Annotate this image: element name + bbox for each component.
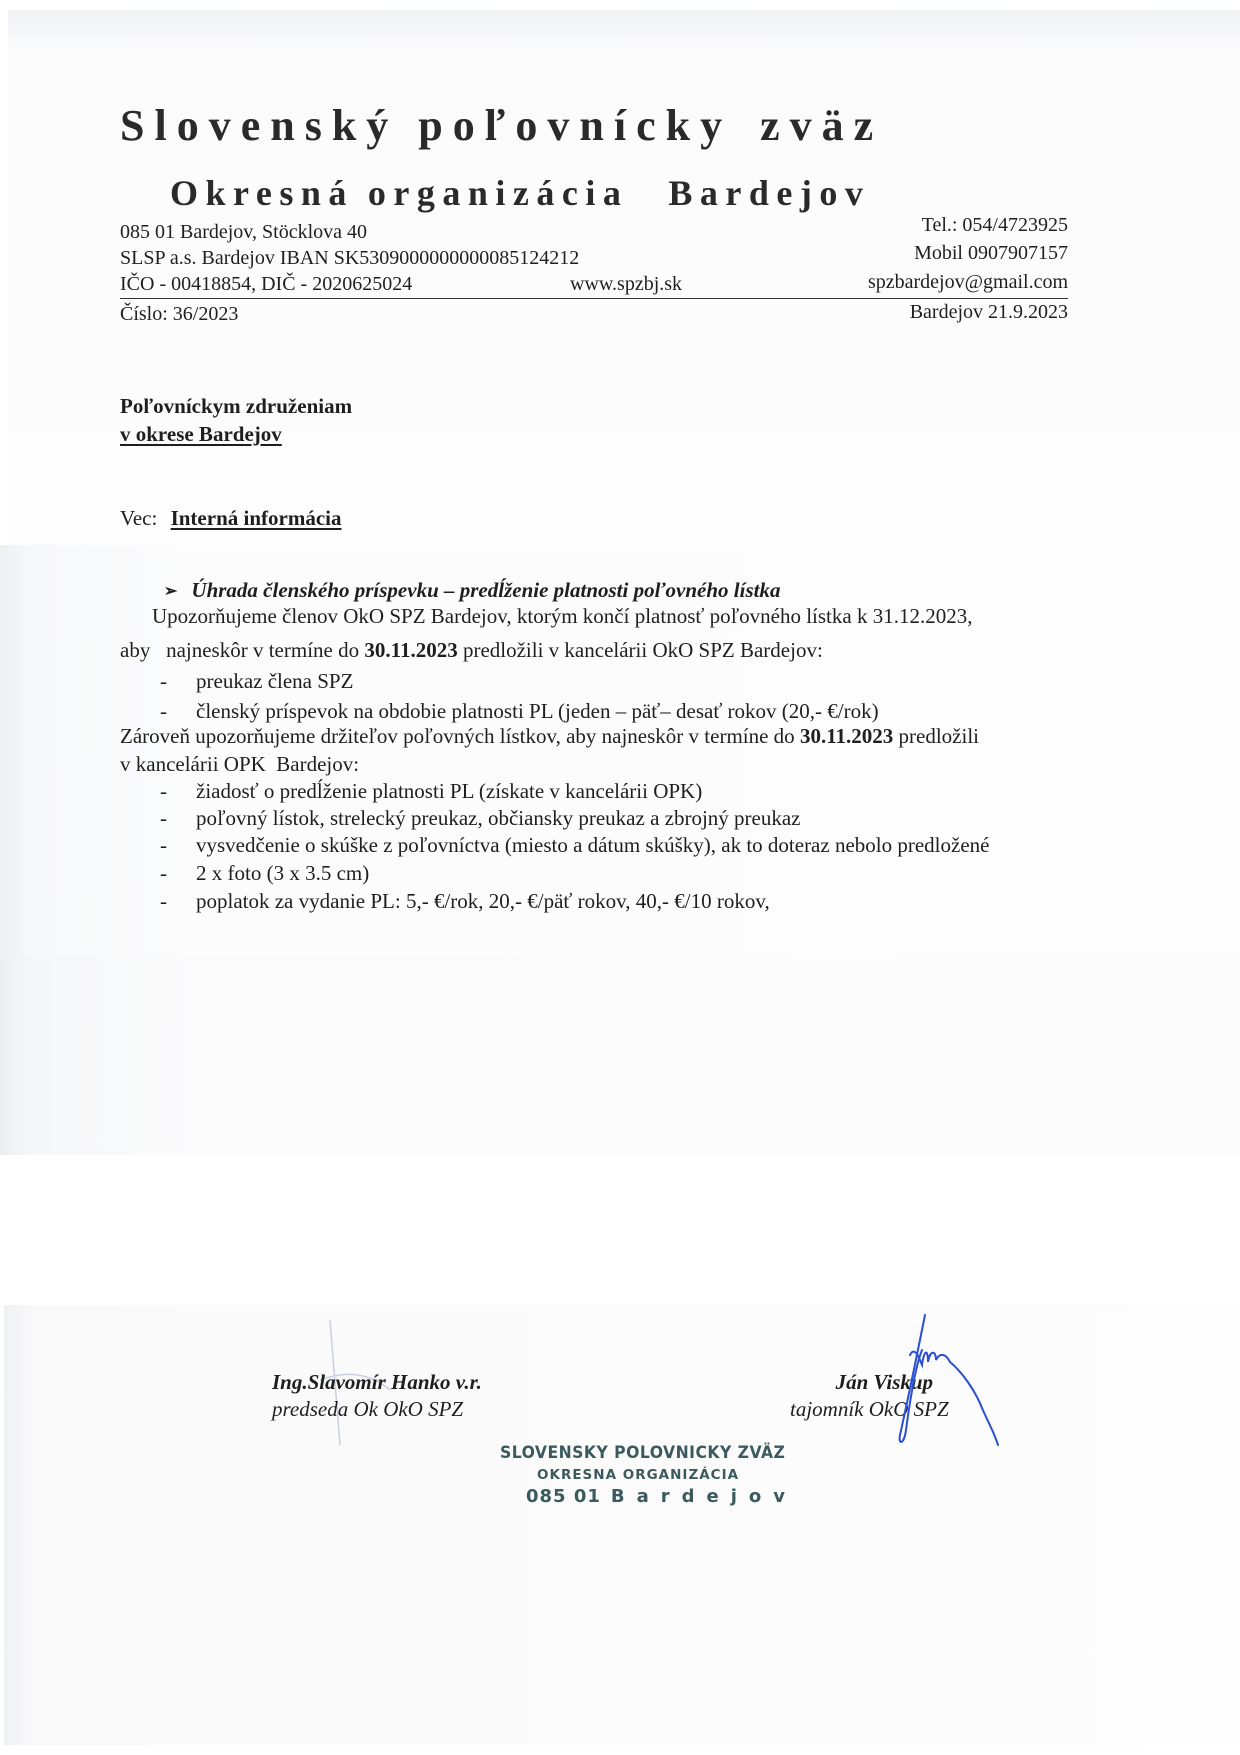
recipient-line-2: v okrese Bardejov bbox=[120, 422, 282, 447]
stamp-city: Bardejov bbox=[611, 1486, 797, 1507]
stamp-line-1: SLOVENSKY POLOVNICKY ZVÄZ bbox=[500, 1443, 776, 1463]
handwritten-signature-icon bbox=[870, 1310, 1020, 1460]
list-item: -členský príspevok na obdobie platnosti … bbox=[160, 699, 879, 724]
dash-bullet: - bbox=[160, 779, 196, 804]
reference-number: Číslo: 36/2023 bbox=[120, 303, 238, 326]
list-item: -2 x foto (3 x 3.5 cm) bbox=[160, 861, 369, 886]
paragraph-1-line-2: aby najneskôr v termíne do 30.11.2023 pr… bbox=[120, 638, 823, 663]
subtitle-word: Bardejov bbox=[668, 173, 870, 213]
dash-bullet: - bbox=[160, 889, 196, 914]
list-item-text: preukaz člena SPZ bbox=[196, 669, 353, 693]
scan-strip-signatures bbox=[4, 1305, 1240, 1745]
list-item: -preukaz člena SPZ bbox=[160, 669, 353, 694]
dash-bullet: - bbox=[160, 699, 196, 724]
paragraph-2-line-1: Zároveň upozorňujeme držiteľov poľovných… bbox=[120, 724, 979, 749]
list-item: -žiadosť o predĺženie platnosti PL (získ… bbox=[160, 779, 702, 804]
subtitle-word: organizácia bbox=[368, 173, 628, 213]
stamp-zip: 085 01 bbox=[526, 1486, 601, 1507]
dash-bullet: - bbox=[160, 669, 196, 694]
header-divider bbox=[120, 298, 1068, 299]
email-link[interactable]: spzbardejov@gmail.com bbox=[868, 271, 1068, 294]
recipient-line-1: Poľovníckym združeniam bbox=[120, 394, 352, 419]
subtitle-word: Okresná bbox=[170, 173, 354, 213]
organization-title: Slovenskýpoľovníckyzväz bbox=[120, 100, 883, 151]
stamp-line-3: 085 01Bardejov bbox=[526, 1486, 826, 1507]
signature-block-chairman: Ing.Slavomír Hanko v.r. predseda Ok OkO … bbox=[272, 1370, 482, 1422]
list-item: -poplatok za vydanie PL: 5,- €/rok, 20,-… bbox=[160, 889, 770, 914]
dash-bullet: - bbox=[160, 806, 196, 831]
text: Zároveň upozorňujeme držiteľov poľovných… bbox=[120, 724, 800, 748]
title-word: Slovenský bbox=[120, 101, 398, 150]
paragraph-2-line-2: v kancelárii OPK Bardejov: bbox=[120, 752, 359, 777]
ico-dic: IČO - 00418854, DIČ - 2020625024 bbox=[120, 273, 412, 296]
signatory-name: Ing.Slavomír Hanko v.r. bbox=[272, 1370, 482, 1394]
list-item-text: poľovný lístok, strelecký preukaz, občia… bbox=[196, 806, 801, 830]
deadline-date: 30.11.2023 bbox=[364, 638, 457, 662]
bank-iban: SLSP a.s. Bardejov IBAN SK53090000000000… bbox=[120, 247, 579, 270]
list-item-text: žiadosť o predĺženie platnosti PL (získa… bbox=[196, 779, 702, 803]
text: aby najneskôr v termíne do bbox=[120, 638, 364, 662]
stamp-line-2: OKRESNA ORGANIZÁCIA bbox=[537, 1467, 797, 1483]
deadline-date: 30.11.2023 bbox=[800, 724, 893, 748]
list-item-text: poplatok za vydanie PL: 5,- €/rok, 20,- … bbox=[196, 889, 770, 913]
scan-strip-blank bbox=[0, 955, 1240, 1155]
list-item-text: vysvedčenie o skúške z poľovníctva (mies… bbox=[196, 833, 989, 857]
address: 085 01 Bardejov, Stöcklova 40 bbox=[120, 221, 367, 244]
list-item: -vysvedčenie o skúške z poľovníctva (mie… bbox=[160, 833, 989, 858]
list-item: -poľovný lístok, strelecký preukaz, obči… bbox=[160, 806, 801, 831]
paragraph-1-line-1: Upozorňujeme členov OkO SPZ Bardejov, kt… bbox=[152, 604, 972, 629]
text: predložili v kancelárii OkO SPZ Bardejov… bbox=[458, 638, 823, 662]
subject: Vec: Interná informácia bbox=[120, 506, 341, 531]
subject-label: Vec: bbox=[120, 506, 157, 530]
section-heading-text: Úhrada členského príspevku – predĺženie … bbox=[191, 578, 780, 602]
text: predložili bbox=[893, 724, 979, 748]
website-link[interactable]: www.spzbj.sk bbox=[570, 273, 682, 296]
signatory-role: predseda Ok OkO SPZ bbox=[272, 1397, 482, 1422]
phone: Tel.: 054/4723925 bbox=[922, 214, 1068, 237]
title-word: zväz bbox=[760, 101, 883, 150]
mobile: Mobil 0907907157 bbox=[914, 242, 1068, 265]
title-word: poľovnícky bbox=[418, 101, 732, 150]
list-item-text: 2 x foto (3 x 3.5 cm) bbox=[196, 861, 369, 885]
list-item-text: členský príspevok na obdobie platnosti P… bbox=[196, 699, 879, 723]
subject-value: Interná informácia bbox=[171, 506, 342, 530]
organization-subtitle: OkresnáorganizáciaBardejov bbox=[170, 172, 870, 214]
arrow-bullet-icon: ➢ bbox=[164, 581, 177, 601]
section-heading: ➢Úhrada členského príspevku – predĺženie… bbox=[164, 578, 780, 603]
dash-bullet: - bbox=[160, 833, 196, 858]
place-date: Bardejov 21.9.2023 bbox=[910, 301, 1068, 324]
dash-bullet: - bbox=[160, 861, 196, 886]
